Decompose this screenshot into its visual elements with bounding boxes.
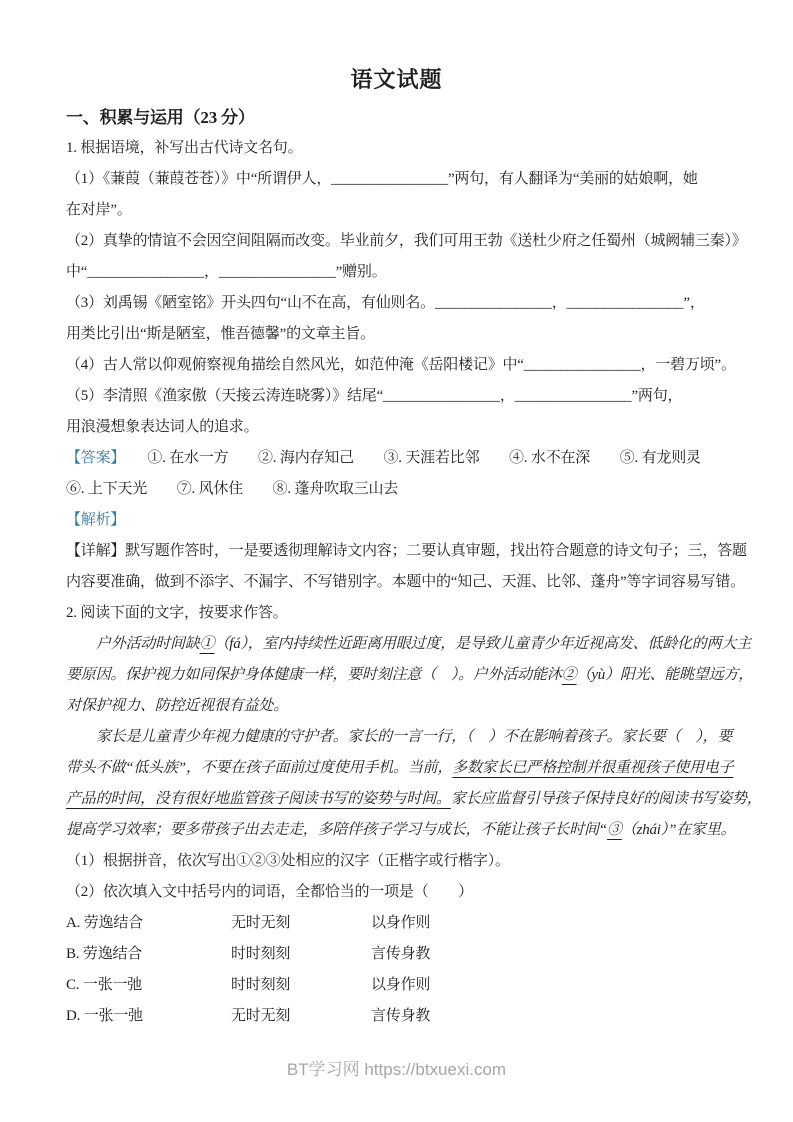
text-segment: 无时无刻 <box>231 1001 371 1032</box>
text-segment: B. 劳逸结合 <box>66 939 231 970</box>
underlined-text: ③ <box>607 822 622 838</box>
q1-item5-line1: （5）李清照《渔家傲（天接云涛连晓雾）》结尾“________________，… <box>66 381 727 412</box>
text-segment: （fá），室内持续性近距离用眼过度，是导致儿童青少年近视高发、低龄化的两大主 <box>214 636 751 652</box>
q1-item2-line1: （2）真挚的情谊不会因空间阻隔而改变。毕业前夕，我们可用王勃《送杜少府之任蜀州（… <box>66 226 727 257</box>
text-segment: （1）《蒹葭（蒹葭苍苍）》中“所谓伊人，________________”两句，… <box>66 171 698 187</box>
text-segment: 用类比引出“斯是陋室，惟吾德馨”的文章主旨。 <box>66 326 375 342</box>
text-segment: （yù）阳光、能眺望远方， <box>577 667 754 683</box>
text-segment: 带头不做“低头族”，不要在孩子面前过度使用手机。当前， <box>66 760 452 776</box>
text-segment: （2）真挚的情谊不会因空间阻隔而改变。毕业前夕，我们可用王勃《送杜少府之任蜀州（… <box>66 233 747 249</box>
q2-sub2: （2）依次填入文中括号内的词语，全都恰当的一项是（ ） <box>66 877 727 908</box>
text-segment: 中“________________，________________”赠别。 <box>66 264 387 280</box>
text-segment: 家长应监督引导孩子保持良好的阅读书写姿势， <box>451 791 762 807</box>
text-segment: 以身作则 <box>371 970 430 1001</box>
text-segment: C. 一张一弛 <box>66 970 231 1001</box>
passage-line2: 要原因。保护视力如同保护身体健康一样，要时刻注意（ ）。户外活动能沐②（yù）阳… <box>66 660 727 691</box>
text-segment: 2. 阅读下面的文字，按要求作答。 <box>66 605 288 621</box>
document-lines: 一、积累与运用（23 分）1. 根据语境，补写出古代诗文名句。（1）《蒹葭（蒹葭… <box>66 102 727 1032</box>
watermark-text: BT学习网 https://btxuexi.com <box>287 1060 506 1079</box>
text-segment: 要原因。保护视力如同保护身体健康一样，要时刻注意（ ）。户外活动能沐 <box>66 667 562 683</box>
text-segment: （5）李清照《渔家傲（天接云涛连晓雾）》结尾“________________，… <box>66 388 682 404</box>
q2-sub1: （1）根据拼音，依次写出①②③处相应的汉字（正楷字或行楷字）。 <box>66 846 727 877</box>
option-a: A. 劳逸结合无时无刻以身作则 <box>66 908 727 939</box>
underlined-text: ① <box>200 636 215 652</box>
answer-line2: ⑥. 上下天光 ⑦. 风休住 ⑧. 蓬舟吹取三山去 <box>66 474 727 505</box>
text-segment: （zhái）”在家里。 <box>622 822 736 838</box>
page-title: 语文试题 <box>66 62 727 98</box>
underlined-text: 多数家长已严格控制并很重视孩子使用电子 <box>452 760 733 776</box>
text-segment: D. 一张一弛 <box>66 1001 231 1032</box>
text-segment: 言传身教 <box>371 939 430 970</box>
text-segment: 时时刻刻 <box>231 939 371 970</box>
q1-item1-line2: 在对岸”。 <box>66 195 727 226</box>
exam-document-page: 语文试题 一、积累与运用（23 分）1. 根据语境，补写出古代诗文名句。（1）《… <box>0 0 793 1122</box>
text-segment: （4）古人常以仰观俯察视角描绘自然风光，如范仲淹《岳阳楼记》中“________… <box>66 357 736 373</box>
text-segment: 对保护视力、防控近视很有益处。 <box>66 698 288 714</box>
text-segment: 在对岸”。 <box>66 202 132 218</box>
text-segment: 时时刻刻 <box>231 970 371 1001</box>
text-segment: 用浪漫想象表达词人的追求。 <box>66 419 258 435</box>
underlined-text: ② <box>562 667 577 683</box>
passage-line5: 带头不做“低头族”，不要在孩子面前过度使用手机。当前，多数家长已严格控制并很重视… <box>66 753 727 784</box>
q1-stem: 1. 根据语境，补写出古代诗文名句。 <box>66 133 727 164</box>
answer-line1: 【答案】 ①. 在水一方 ②. 海内存知己 ③. 天涯若比邻 ④. 水不在深 ⑤… <box>66 443 727 474</box>
text-segment: 内容要准确，做到不添字、不漏字、不写错别字。本题中的“知己、天涯、比邻、蓬舟”等… <box>66 574 745 590</box>
watermark-footer: BT学习网 https://btxuexi.com <box>66 1058 727 1082</box>
passage-line7: 提高学习效率；要多带孩子出去走走，多陪伴孩子学习与成长，不能让孩子长时间“③（z… <box>66 815 727 846</box>
text-segment: （1）根据拼音，依次写出①②③处相应的汉字（正楷字或行楷字）。 <box>66 853 510 869</box>
text-segment: ⑥. 上下天光 ⑦. 风休住 ⑧. 蓬舟吹取三山去 <box>66 481 398 497</box>
text-segment: 无时无刻 <box>231 908 371 939</box>
passage-line3: 对保护视力、防控近视很有益处。 <box>66 691 727 722</box>
detail-line2: 内容要准确，做到不添字、不漏字、不写错别字。本题中的“知己、天涯、比邻、蓬舟”等… <box>66 567 727 598</box>
text-segment: 以身作则 <box>371 908 430 939</box>
text-segment: 家长是儿童青少年视力健康的守护者。家长的一言一行，（ ）不在影响着孩子。家长要（… <box>96 729 732 745</box>
text-segment: A. 劳逸结合 <box>66 908 231 939</box>
text-segment: 提高学习效率；要多带孩子出去走走，多陪伴孩子学习与成长，不能让孩子长时间“ <box>66 822 607 838</box>
text-segment: 户外活动时间缺 <box>96 636 200 652</box>
accent-label: 【解析】 <box>66 512 125 528</box>
option-b: B. 劳逸结合时时刻刻言传身教 <box>66 939 727 970</box>
text-segment: （3）刘禹锡《陋室铭》开头四句“山不在高，有仙则名。______________… <box>66 295 705 311</box>
option-c: C. 一张一弛时时刻刻以身作则 <box>66 970 727 1001</box>
q1-item1-line1: （1）《蒹葭（蒹葭苍苍）》中“所谓伊人，________________”两句，… <box>66 164 727 195</box>
passage-line1: 户外活动时间缺①（fá），室内持续性近距离用眼过度，是导致儿童青少年近视高发、低… <box>66 629 727 660</box>
text-segment: （2）依次填入文中括号内的词语，全都恰当的一项是（ ） <box>66 884 473 900</box>
text-segment: 1. 根据语境，补写出古代诗文名句。 <box>66 140 302 156</box>
detail-line1: 【详解】默写题作答时，一是要透彻理解诗文内容；二要认真审题，找出符合题意的诗文句… <box>66 536 727 567</box>
passage-line6: 产品的时间，没有很好地监管孩子阅读书写的姿势与时间。家长应监督引导孩子保持良好的… <box>66 784 727 815</box>
text-segment: ①. 在水一方 ②. 海内存知己 ③. 天涯若比邻 ④. 水不在深 ⑤. 有龙则… <box>118 450 701 466</box>
q1-item2-line2: 中“________________，________________”赠别。 <box>66 257 727 288</box>
passage-line4: 家长是儿童青少年视力健康的守护者。家长的一言一行，（ ）不在影响着孩子。家长要（… <box>66 722 727 753</box>
text-segment: 一、积累与运用（23 分） <box>66 108 255 127</box>
analysis-marker: 【解析】 <box>66 505 727 536</box>
q1-item4: （4）古人常以仰观俯察视角描绘自然风光，如范仲淹《岳阳楼记》中“________… <box>66 350 727 381</box>
accent-label: 【答案】 <box>66 450 118 466</box>
q1-item5-line2: 用浪漫想象表达词人的追求。 <box>66 412 727 443</box>
q1-item3-line1: （3）刘禹锡《陋室铭》开头四句“山不在高，有仙则名。______________… <box>66 288 727 319</box>
section-heading: 一、积累与运用（23 分） <box>66 102 727 133</box>
text-segment: 言传身教 <box>371 1001 430 1032</box>
q2-stem: 2. 阅读下面的文字，按要求作答。 <box>66 598 727 629</box>
underlined-text: 产品的时间，没有很好地监管孩子阅读书写的姿势与时间。 <box>66 791 451 807</box>
text-segment: 【详解】默写题作答时，一是要透彻理解诗文内容；二要认真审题，找出符合题意的诗文句… <box>66 543 747 559</box>
q1-item3-line2: 用类比引出“斯是陋室，惟吾德馨”的文章主旨。 <box>66 319 727 350</box>
option-d: D. 一张一弛无时无刻言传身教 <box>66 1001 727 1032</box>
